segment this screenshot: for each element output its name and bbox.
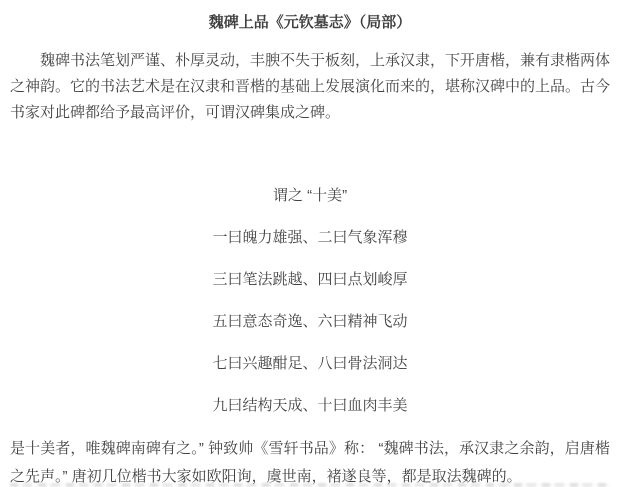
ten-beauties-item-7-8: 七曰兴趣酣足、八曰骨法洞达 bbox=[10, 351, 610, 377]
cutoff-text-line bbox=[10, 483, 610, 487]
ten-beauties-item-1-2: 一曰魄力雄强、二曰气象浑穆 bbox=[10, 225, 610, 251]
image-caption-title: 魏碑上品《元钦墓志》（局部） bbox=[0, 0, 620, 33]
intro-paragraph: 魏碑书法笔划严谨、朴厚灵动，丰腴不失于板刻，上承汉隶，下开唐楷，兼有隶楷两体之神… bbox=[10, 48, 610, 126]
ten-beauties-item-9-10: 九曰结构天成、十曰血肉丰美 bbox=[10, 393, 610, 419]
ten-beauties-item-3-4: 三曰笔法跳越、四曰点划峻厚 bbox=[10, 267, 610, 293]
article-page: 魏碑上品《元钦墓志》（局部） 魏碑书法笔划严谨、朴厚灵动，丰腴不失于板刻，上承汉… bbox=[0, 0, 620, 487]
closing-paragraph: 是十美者，唯魏碑南碑有之。” 钟致帅《雪轩书品》称： “魏碑书法，承汉隶之余韵，… bbox=[10, 435, 610, 487]
ten-beauties-heading: 谓之 “十美” bbox=[10, 183, 610, 209]
ten-beauties-item-5-6: 五曰意态奇逸、六曰精神飞动 bbox=[10, 309, 610, 335]
